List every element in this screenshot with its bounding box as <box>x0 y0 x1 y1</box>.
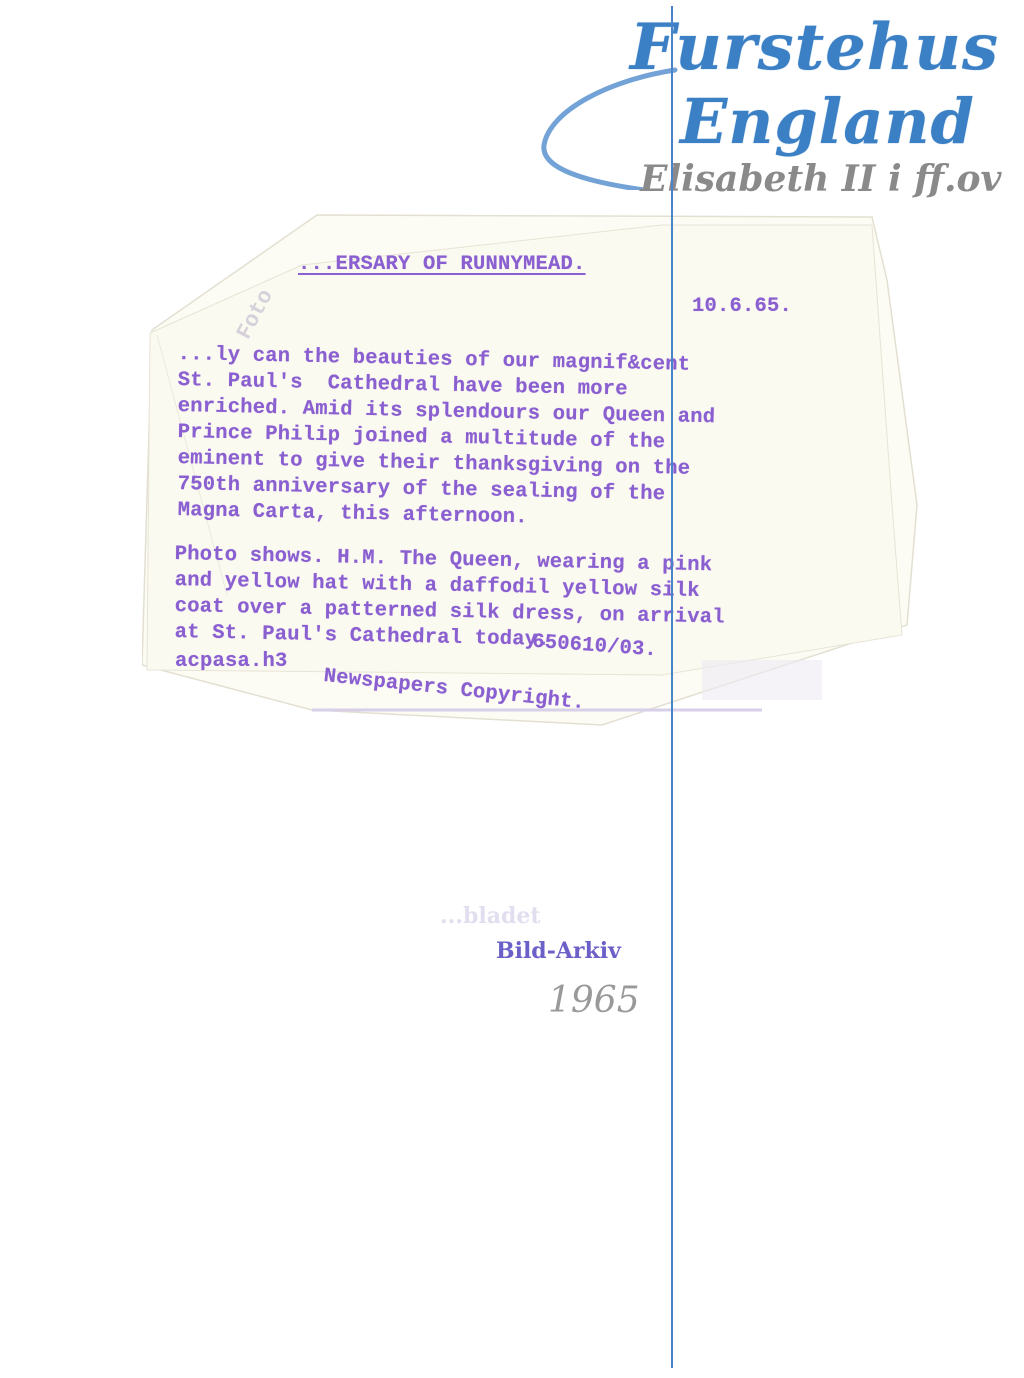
handwritten-subject: Elisabeth II i ff.ov <box>640 158 1001 200</box>
handwritten-year: 1965 <box>548 980 640 1021</box>
caption-credit-prefix: acpasa.h3 <box>175 649 288 675</box>
archive-stamp-line1: ...bladet <box>440 903 541 929</box>
vertical-ruled-line <box>671 6 673 1368</box>
caption-heading: ...ERSARY OF RUNNYMEAD. <box>298 252 586 278</box>
handwritten-category-line1: Furstehus <box>630 10 999 85</box>
archive-stamp-line2: Bild-Arkiv <box>496 938 621 964</box>
caption-date: 10.6.65. <box>692 294 792 320</box>
handwritten-category-line2: England <box>680 85 975 158</box>
